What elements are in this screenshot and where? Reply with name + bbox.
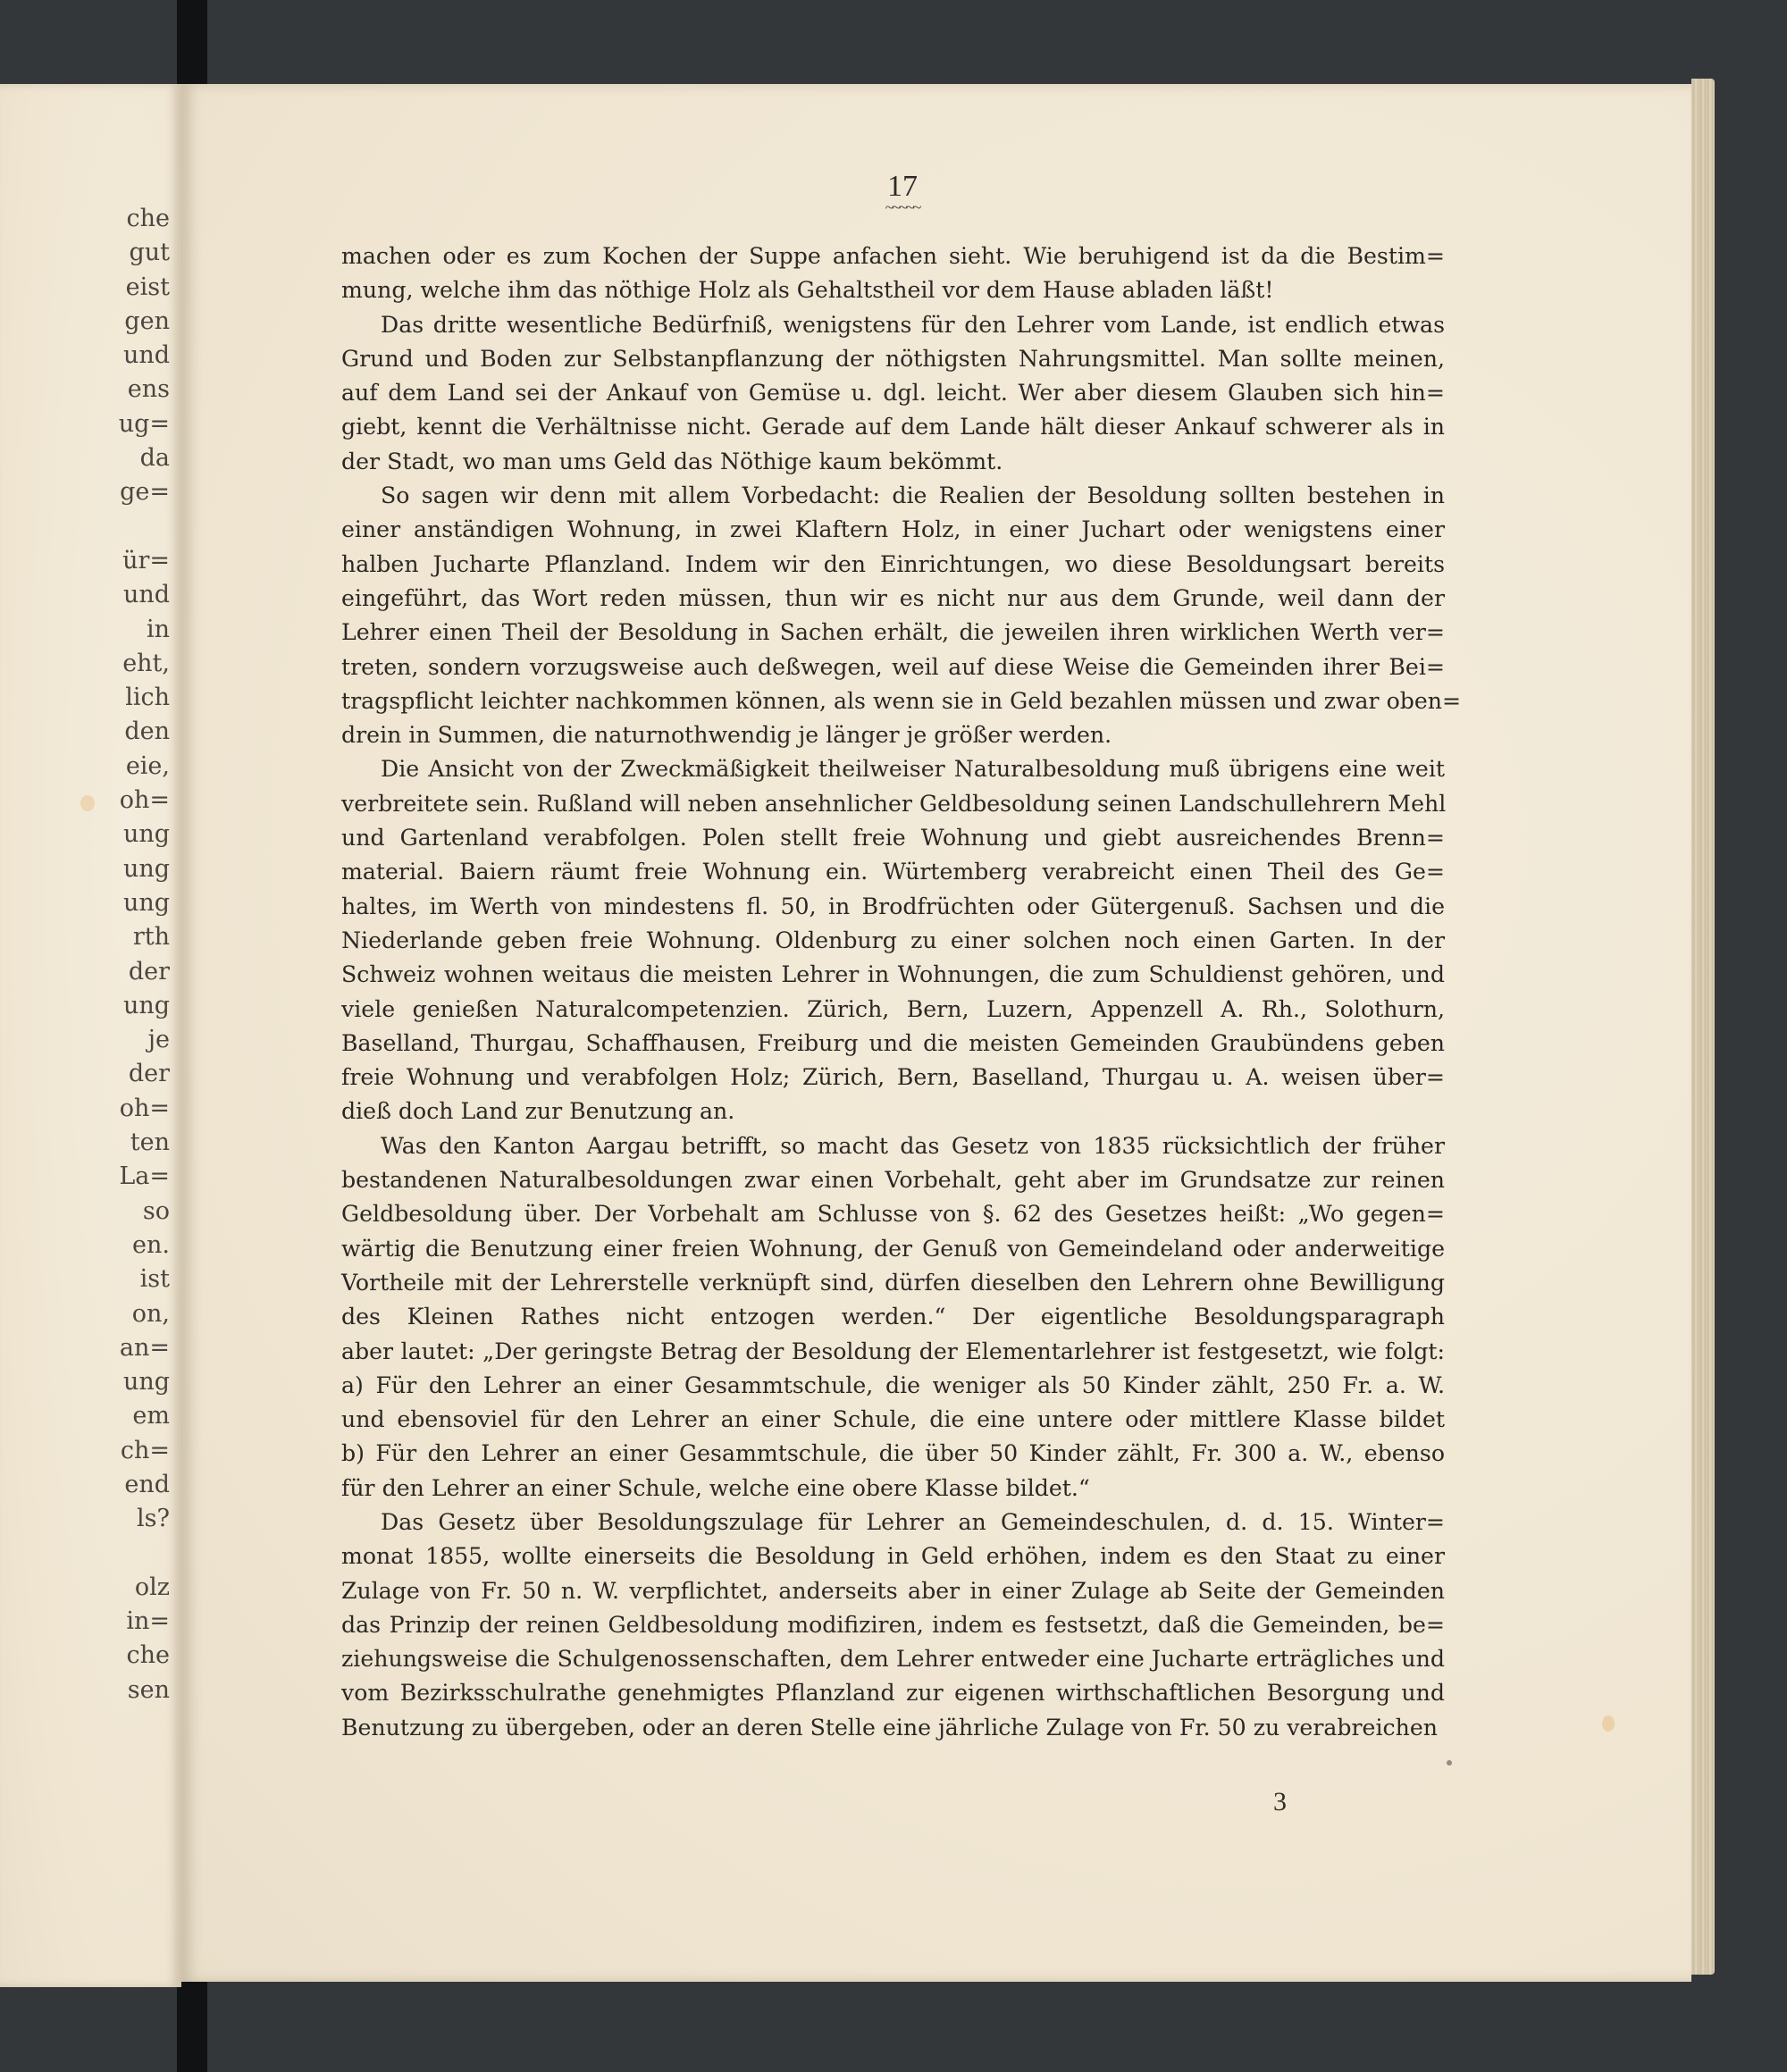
fragment-line: ist	[0, 1262, 170, 1296]
body-text: machen oder es zum Kochen der Suppe anfa…	[341, 239, 1445, 1745]
fragment-line: end	[0, 1468, 170, 1502]
fragment-line: oh=	[0, 784, 170, 818]
text-line: und Gartenland verabfolgen. Polen stellt…	[341, 821, 1445, 855]
text-line: viele genießen Naturalcompetenzien. Züri…	[341, 993, 1445, 1027]
page-number: 17 ~~~~~	[871, 170, 934, 211]
fragment-line: in	[0, 613, 170, 647]
text-line: drein in Summen, die naturnothwendig je …	[341, 718, 1445, 752]
text-line: freie Wohnung und verabfolgen Holz; Züri…	[341, 1061, 1445, 1095]
fragment-line: en.	[0, 1229, 170, 1262]
fragment-line: sen	[0, 1674, 170, 1707]
paper-spot	[1447, 1760, 1452, 1766]
text-line: eingeführt, das Wort reden müssen, thun …	[341, 582, 1445, 616]
fragment-line: da	[0, 441, 170, 475]
fragment-line: eht,	[0, 647, 170, 681]
fragment-line: oh=	[0, 1092, 170, 1126]
fragment-line: La=	[0, 1160, 170, 1194]
text-line: aber lautet: „Der geringste Betrag der B…	[341, 1335, 1445, 1369]
text-line: material. Baiern räumt freie Wohnung ein…	[341, 855, 1445, 889]
fragment-line: so	[0, 1195, 170, 1229]
fragment-line: und	[0, 578, 170, 612]
text-line: Grund und Boden zur Selbstanpflanzung de…	[341, 342, 1445, 376]
text-line: des Kleinen Rathes nicht entzogen werden…	[341, 1300, 1445, 1334]
text-line: mung, welche ihm das nöthige Holz als Ge…	[341, 273, 1445, 307]
text-line: ziehungsweise die Schulgenossenschaften,…	[341, 1642, 1445, 1676]
fragment-line	[0, 510, 170, 544]
page-number-ornament: ~~~~~	[871, 204, 934, 211]
fragment-line: ug=	[0, 407, 170, 441]
fragment-line: ung	[0, 886, 170, 920]
fragment-line: und	[0, 339, 170, 373]
fragment-line: ung	[0, 989, 170, 1023]
paragraph: Das dritte wesentliche Bedürfniß, wenigs…	[341, 308, 1445, 479]
fragment-line: ch=	[0, 1434, 170, 1468]
text-line: Benutzung zu übergeben, oder an deren St…	[341, 1711, 1445, 1745]
fragment-line: em	[0, 1399, 170, 1433]
fragment-line: ung	[0, 818, 170, 851]
page-edges	[1691, 79, 1715, 1975]
text-line: und ebensoviel für den Lehrer an einer S…	[341, 1403, 1445, 1437]
fragment-line: ür=	[0, 544, 170, 578]
fragment-line: ens	[0, 373, 170, 407]
text-line: verbreitete sein. Rußland will neben ans…	[341, 787, 1445, 821]
text-line: vom Bezirksschulrathe genehmigtes Pflanz…	[341, 1676, 1445, 1710]
text-line: wärtig die Benutzung einer freien Wohnun…	[341, 1232, 1445, 1266]
text-line: bestandenen Naturalbesoldungen zwar eine…	[341, 1163, 1445, 1197]
fragment-line: ge=	[0, 475, 170, 509]
text-line: dieß doch Land zur Benutzung an.	[341, 1095, 1445, 1128]
paragraph: Die Ansicht von der Zweckmäßigkeit theil…	[341, 752, 1445, 1128]
text-line: Lehrer einen Theil der Besoldung in Sach…	[341, 616, 1445, 650]
fragment-line: der	[0, 955, 170, 989]
text-line: haltes, im Werth von mindestens fl. 50, …	[341, 890, 1445, 924]
text-line: Baselland, Thurgau, Schaffhausen, Freibu…	[341, 1027, 1445, 1061]
fragment-line: che	[0, 202, 170, 236]
fragment-line: eie,	[0, 750, 170, 784]
text-line: Was den Kanton Aargau betrifft, so macht…	[341, 1129, 1445, 1163]
fragment-line: gut	[0, 236, 170, 270]
text-line: Das dritte wesentliche Bedürfniß, wenigs…	[341, 308, 1445, 342]
text-line: So sagen wir denn mit allem Vorbedacht: …	[341, 479, 1445, 513]
text-line: Geldbesoldung über. Der Vorbehalt am Sch…	[341, 1197, 1445, 1231]
text-line: für den Lehrer an einer Schule, welche e…	[341, 1472, 1445, 1506]
paragraph: So sagen wir denn mit allem Vorbedacht: …	[341, 479, 1445, 752]
fragment-line: gen	[0, 305, 170, 339]
text-line: das Prinzip der reinen Geldbesoldung mod…	[341, 1608, 1445, 1642]
text-line: halben Jucharte Pflanzland. Indem wir de…	[341, 548, 1445, 582]
text-line: treten, sondern vorzugsweise auch deßweg…	[341, 650, 1445, 684]
paragraph: Das Gesetz über Besoldungszulage für Leh…	[341, 1506, 1445, 1745]
fragment-line: ls?	[0, 1502, 170, 1536]
text-line: giebt, kennt die Verhältnisse nicht. Ger…	[341, 410, 1445, 444]
fragment-line: che	[0, 1639, 170, 1673]
text-line: auf dem Land sei der Ankauf von Gemüse u…	[341, 376, 1445, 410]
text-line: der Stadt, wo man ums Geld das Nöthige k…	[341, 445, 1445, 479]
text-line: Vortheile mit der Lehrerstelle verknüpft…	[341, 1266, 1445, 1300]
fragment-line: der	[0, 1057, 170, 1091]
fragment-line: rth	[0, 920, 170, 954]
fragment-line: olz	[0, 1571, 170, 1605]
text-line: b) Für den Lehrer an einer Gesammtschule…	[341, 1437, 1445, 1471]
text-line: Die Ansicht von der Zweckmäßigkeit theil…	[341, 752, 1445, 786]
fragment-line: eist	[0, 271, 170, 305]
fragment-line: den	[0, 715, 170, 749]
fragment-line: je	[0, 1023, 170, 1057]
text-line: einer anständigen Wohnung, in zwei Klaft…	[341, 513, 1445, 547]
text-line: machen oder es zum Kochen der Suppe anfa…	[341, 239, 1445, 273]
text-line: Das Gesetz über Besoldungszulage für Leh…	[341, 1506, 1445, 1539]
paragraph: Was den Kanton Aargau betrifft, so macht…	[341, 1129, 1445, 1506]
fragment-line	[0, 1537, 170, 1571]
fragment-line: ung	[0, 1365, 170, 1399]
signature-mark: 3	[1273, 1787, 1287, 1817]
text-line: a) Für den Lehrer an einer Gesammtschule…	[341, 1369, 1445, 1403]
left-page-text-fragment: cheguteistgenundensug=dage= ür=undineht,…	[0, 202, 170, 1707]
fragment-line: ten	[0, 1126, 170, 1160]
fragment-line: on,	[0, 1297, 170, 1331]
text-line: tragspflicht leichter nachkommen können,…	[341, 684, 1445, 718]
paragraph: machen oder es zum Kochen der Suppe anfa…	[341, 239, 1445, 308]
fragment-line: lich	[0, 681, 170, 715]
text-line: Niederlande geben freie Wohnung. Oldenbu…	[341, 924, 1445, 958]
text-line: Zulage von Fr. 50 n. W. verpflichtet, an…	[341, 1574, 1445, 1608]
paper-stain	[1602, 1715, 1615, 1732]
text-line: monat 1855, wollte einerseits die Besold…	[341, 1539, 1445, 1573]
fragment-line: ung	[0, 852, 170, 886]
fragment-line: in=	[0, 1605, 170, 1639]
fragment-line: an=	[0, 1331, 170, 1365]
text-line: Schweiz wohnen weitaus die meisten Lehre…	[341, 958, 1445, 992]
